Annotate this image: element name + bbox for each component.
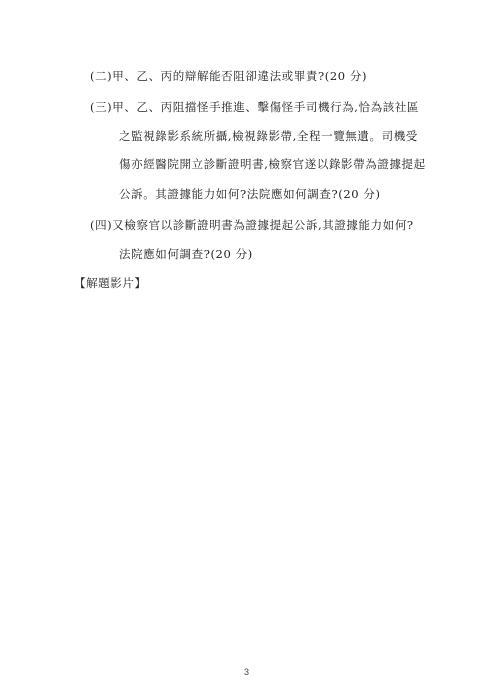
question-4-line-1: (四)又檢察官以診斷證明書為證據提起公訴,其證據能力如何? <box>90 218 414 232</box>
question-3-line-1: (三)甲、乙、丙阻擋怪手推進、擊傷怪手司機行為,恰為該社區 <box>90 100 419 114</box>
question-3-line-2: 之監視錄影系統所攝,檢視錄影帶,全程一覽無遺。司機受 <box>119 129 418 143</box>
question-3-line-3: 傷亦經醫院開立診斷證明書,檢察官遂以錄影帶為證據提起 <box>119 157 426 171</box>
question-4-line-2: 法院應如何調查?(20 分) <box>119 247 253 261</box>
solution-video-heading: 【解題影片】 <box>74 276 147 290</box>
page-number: 3 <box>244 667 249 677</box>
question-3-line-4: 公訴。其證據能力如何?法院應如何調查?(20 分) <box>119 187 381 201</box>
document-page: (二)甲、乙、丙的辯解能否阻卻違法或罪責?(20 分) (三)甲、乙、丙阻擋怪手… <box>0 0 495 700</box>
question-2: (二)甲、乙、丙的辯解能否阻卻違法或罪責?(20 分) <box>90 69 367 83</box>
